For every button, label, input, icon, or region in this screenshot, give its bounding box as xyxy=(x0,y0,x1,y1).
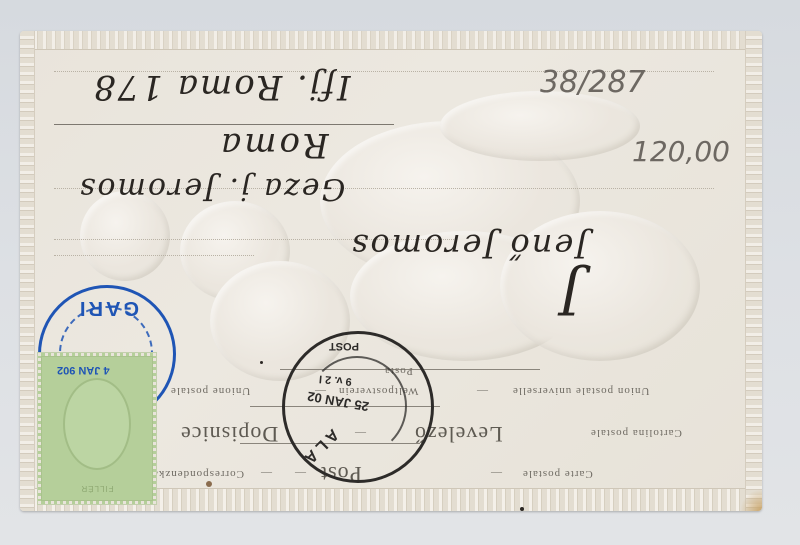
handwriting-initial: J xyxy=(560,263,582,326)
handwriting-line-1: Ifj. Roma 178 xyxy=(92,67,350,107)
ink-speck xyxy=(206,481,212,487)
postmark-black-top-text: POST xyxy=(329,340,359,352)
handwriting-line-4: Jenő Jeromos xyxy=(350,227,588,265)
embossed-rim-top xyxy=(20,31,762,50)
pencil-inventory-number: 38/287 xyxy=(540,65,646,100)
printed-union-postale: Union postale universelle xyxy=(512,385,649,397)
postmark-blue-top-text: GARI xyxy=(77,296,139,319)
ink-speck xyxy=(520,507,524,511)
embossed-rim-left xyxy=(20,31,35,511)
printed-unione-postale: Unione postale xyxy=(170,385,250,397)
postmark-black: 25 JAN 02 9 v. 2 I ALA POST xyxy=(282,331,434,483)
postcard: Post — Carte postale — Correspondenzka —… xyxy=(20,31,762,511)
stamp-value: FILLÉR xyxy=(41,484,153,493)
handwriting-line-3: Geza j. Jeromos xyxy=(78,171,345,206)
printed-sep: — xyxy=(294,467,306,479)
stamp-portrait-oval xyxy=(63,378,131,470)
printed-correspondenzkarte: Correspondenzka xyxy=(152,468,244,480)
printed-dopisnice: Dopisnice xyxy=(180,421,278,447)
pencil-price: 120,00 xyxy=(632,135,730,168)
postmark-blue-date: 4 JAN 902 xyxy=(57,364,110,376)
printed-cartolina-postale: Cartolina postale xyxy=(590,427,682,439)
ink-speck xyxy=(260,361,263,364)
printed-sep: — xyxy=(476,385,488,397)
printed-sep: — xyxy=(490,467,502,479)
corner-stain xyxy=(740,489,762,511)
emboss-figure xyxy=(440,91,640,161)
printed-sep: — xyxy=(260,467,272,479)
printed-carte-postale: Carte postale xyxy=(522,468,593,480)
address-line-dotted xyxy=(54,255,254,256)
embossed-rim-right xyxy=(745,31,762,511)
postage-stamp: FILLÉR 4 JAN 902 xyxy=(38,353,156,504)
handwriting-line-2: Roma xyxy=(218,125,329,165)
